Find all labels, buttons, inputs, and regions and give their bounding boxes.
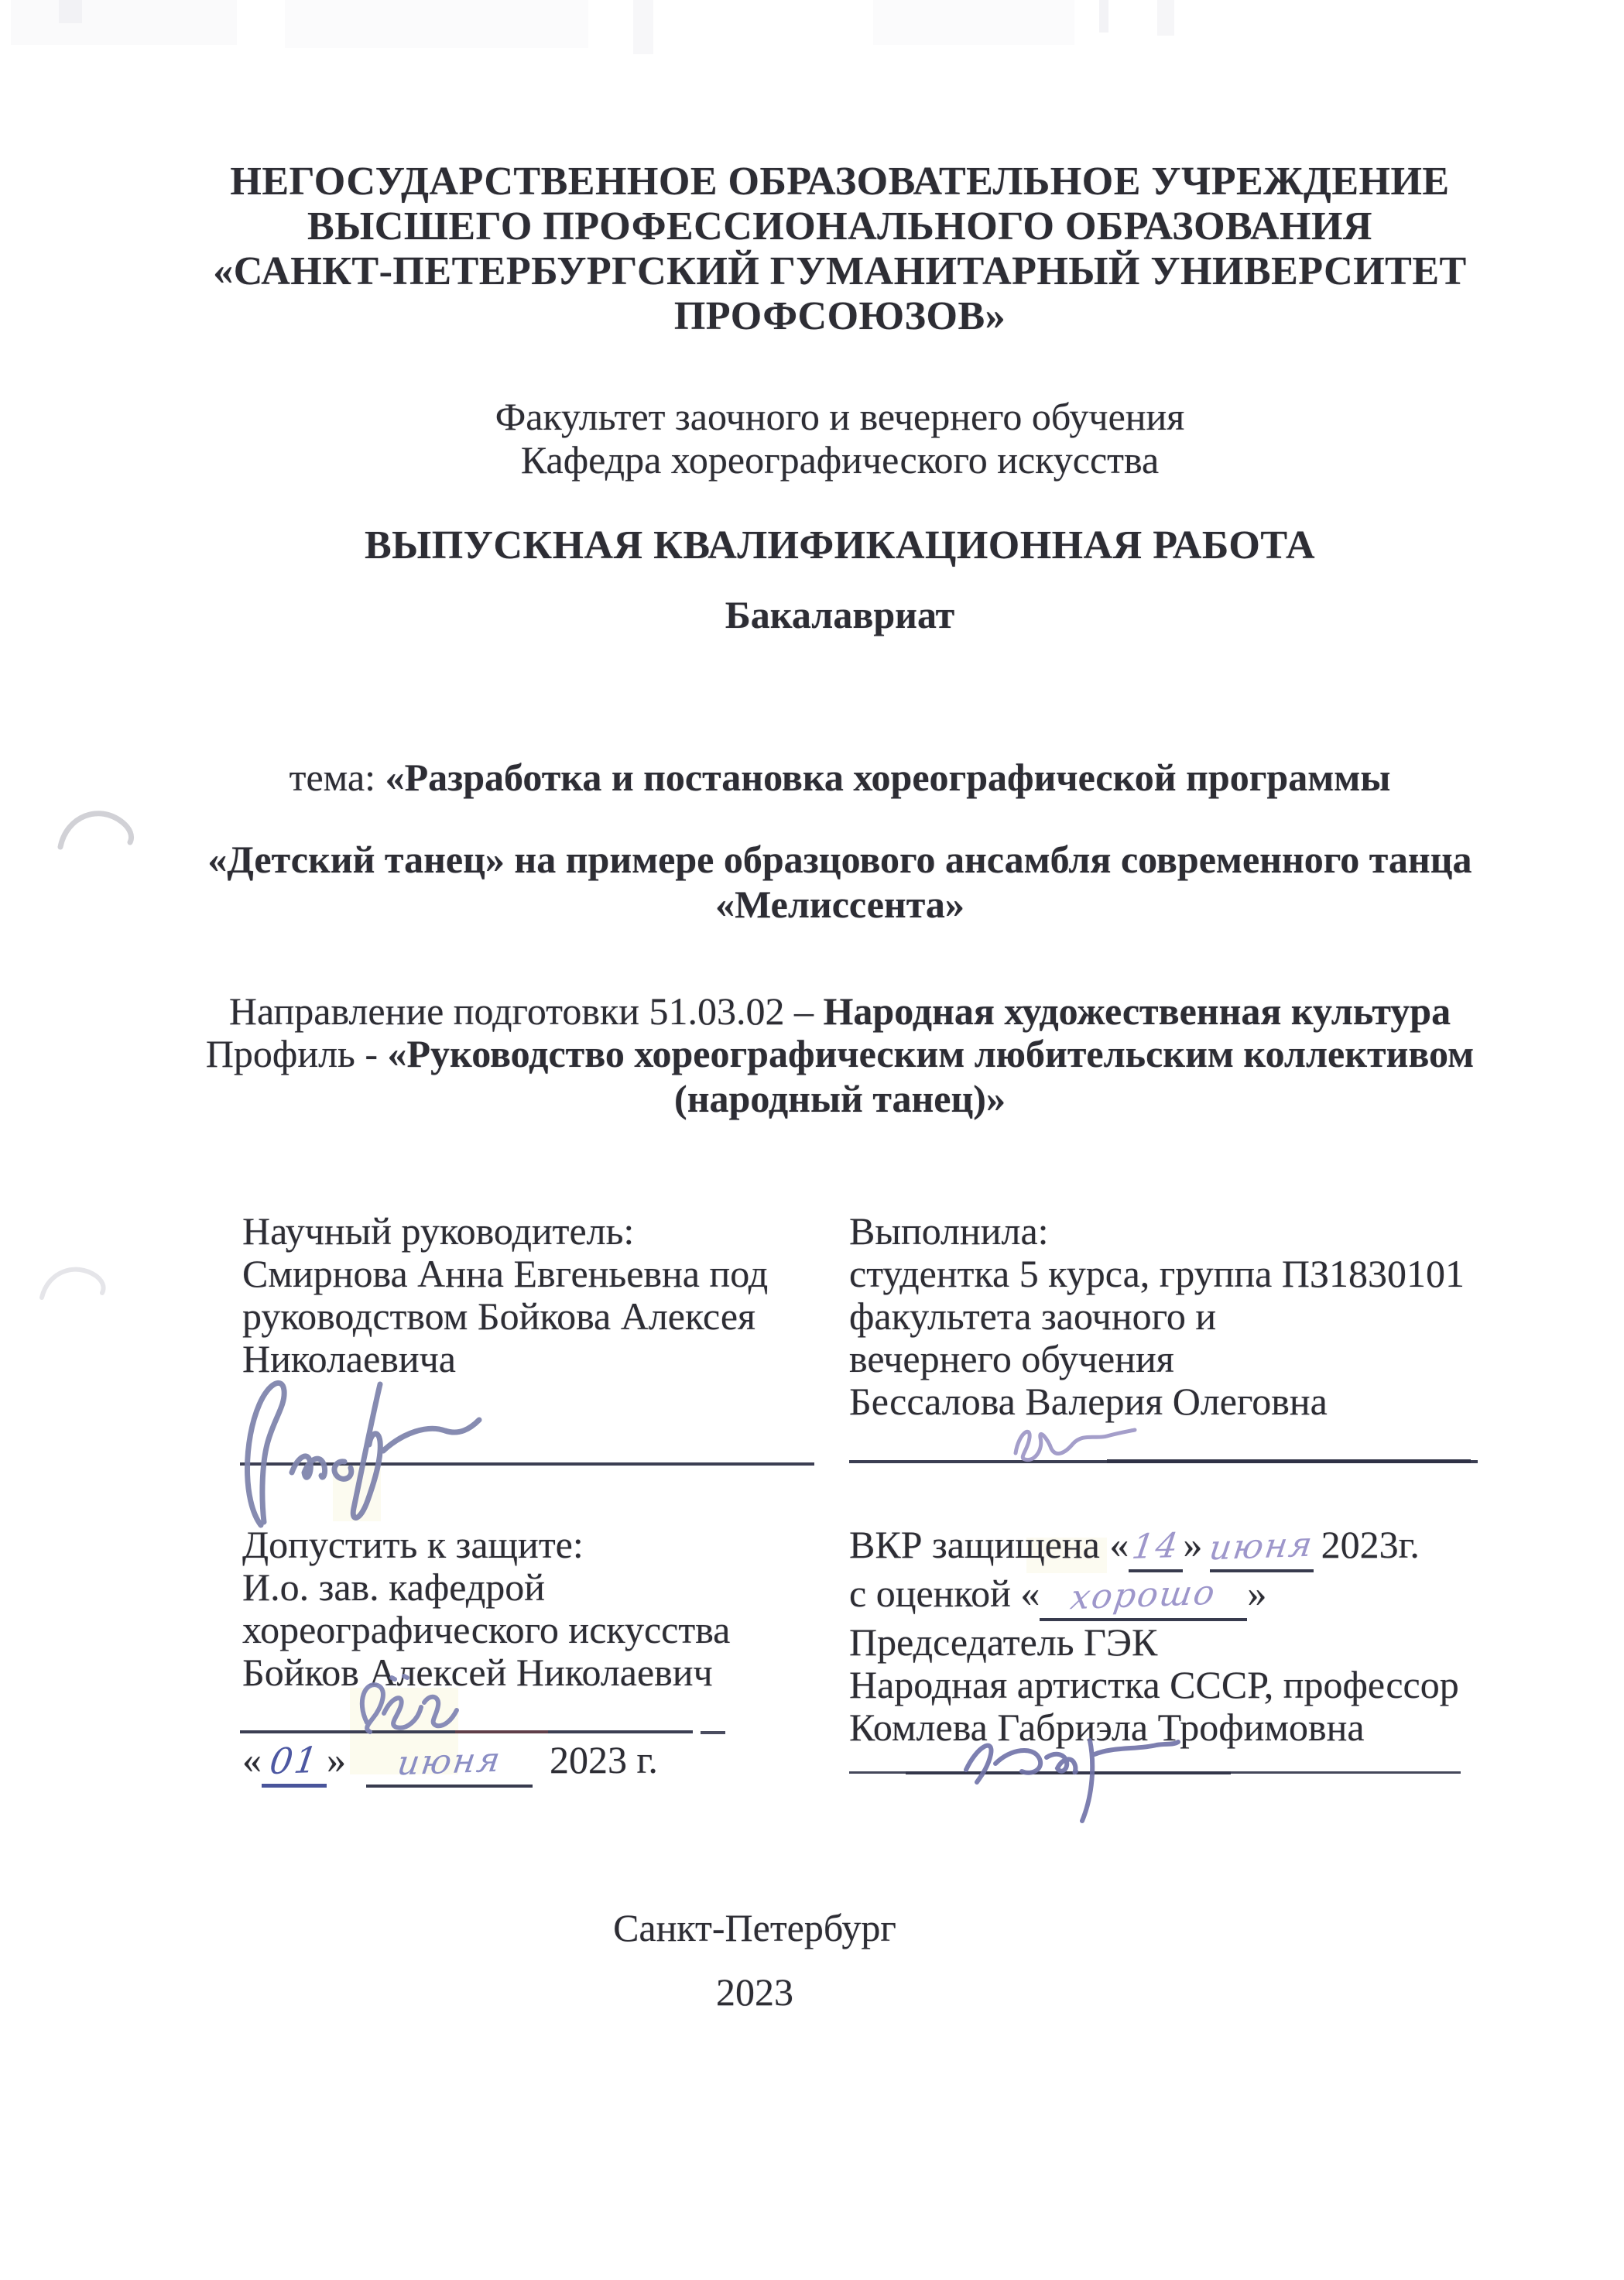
head-of-department-signature-line-dash: [701, 1731, 725, 1734]
grade-label: с оценкой «: [849, 1572, 1040, 1615]
faculty-line: Факультет заочного и вечернего обучения: [54, 395, 1624, 438]
department-line: Кафедра хореографического искусства: [54, 438, 1624, 482]
author-block: Выполнила: студентка 5 курса, группа ПЗ1…: [849, 1210, 1546, 1423]
admission-month-underline: июня: [366, 1739, 533, 1788]
city-line: Санкт-Петербург: [0, 1906, 1509, 1949]
admission-year: 2023 г.: [550, 1738, 658, 1781]
grade-underline: хорошо: [1040, 1572, 1247, 1621]
grade-quote-close: »: [1247, 1572, 1266, 1615]
scan-artifact: [59, 0, 82, 23]
university-line: ВЫСШЕГО ПРОФЕССИОНАЛЬНОГО ОБРАЗОВАНИЯ: [54, 204, 1624, 249]
admission-quote-open: «: [242, 1738, 262, 1781]
profile-line-2: (народный танец)»: [54, 1077, 1624, 1120]
defense-date-line: ВКР защищена «14»июня2023г.: [849, 1524, 1577, 1572]
student-signature: [1005, 1419, 1140, 1467]
profile-line-1: Профиль - «Руководство хореографическим …: [54, 1032, 1624, 1075]
admission-line: Допустить к защите:: [242, 1524, 846, 1566]
theme-line-3: «Мелиссента»: [54, 883, 1624, 926]
defense-year: 2023г.: [1321, 1523, 1420, 1566]
year-line: 2023: [0, 1970, 1509, 2014]
supervisor-block: Научный руководитель: Смирнова Анна Евге…: [242, 1210, 846, 1380]
defense-month-underline: июня: [1210, 1524, 1313, 1572]
author-name-line: Бессалова Валерия Олеговна: [849, 1380, 1546, 1423]
admission-day-handwritten: 01: [267, 1739, 322, 1783]
theme-line-2: «Детский танец» на примере образцового а…: [54, 838, 1624, 881]
scan-artifact: [1099, 0, 1108, 33]
scan-artifact: [11, 0, 237, 45]
theme-line-1: тема: «Разработка и постановка хореограф…: [54, 756, 1624, 799]
admission-month-handwritten: июня: [395, 1739, 505, 1785]
committee-chair-signature: [946, 1720, 1186, 1825]
author-line: студентка 5 курса, группа ПЗ1830101: [849, 1253, 1546, 1295]
profile-label: Профиль -: [206, 1032, 388, 1075]
defense-day-underline: 14: [1129, 1524, 1183, 1572]
author-signature-line-dark-segment: [1107, 1459, 1471, 1463]
work-type-title: ВЫПУСКНАЯ КВАЛИФИКАЦИОННАЯ РАБОТА: [54, 523, 1624, 568]
university-line: «САНКТ-ПЕТЕРБУРГСКИЙ ГУМАНИТАРНЫЙ УНИВЕР…: [54, 249, 1624, 294]
grade-line: с оценкой «хорошо»: [849, 1572, 1577, 1621]
author-line: вечернего обучения: [849, 1338, 1546, 1380]
scanned-thesis-title-page: НЕГОСУДАРСТВЕННОЕ ОБРАЗОВАТЕЛЬНОЕ УЧРЕЖД…: [0, 0, 1624, 2280]
scan-artifact: [633, 0, 653, 54]
degree-line: Бакалавриат: [54, 593, 1624, 636]
chair-rank: Народная артистка СССР, профессор: [849, 1664, 1577, 1706]
direction-value: Народная художественная культура: [824, 989, 1451, 1033]
defense-prefix: ВКР защищена «: [849, 1523, 1129, 1566]
admission-line: И.о. зав. кафедрой: [242, 1566, 846, 1609]
scan-artifact: [873, 0, 1074, 45]
head-of-department-signature: [347, 1668, 471, 1742]
supervisor-name-line: Смирнова Анна Евгеньевна под: [242, 1253, 846, 1295]
grade-handwritten: хорошо: [1068, 1572, 1219, 1619]
direction-line: Направление подготовки 51.03.02 – Народн…: [54, 989, 1624, 1033]
scan-artifact: [285, 0, 588, 48]
defense-day-handwritten: 14: [1129, 1524, 1182, 1569]
university-header: НЕГОСУДАРСТВЕННОЕ ОБРАЗОВАТЕЛЬНОЕ УЧРЕЖД…: [54, 159, 1624, 339]
university-line: НЕГОСУДАРСТВЕННОЕ ОБРАЗОВАТЕЛЬНОЕ УЧРЕЖД…: [54, 159, 1624, 204]
scan-artifact: [1157, 0, 1174, 36]
head-of-department-name: Бойков Алексей Николаевич: [242, 1651, 846, 1694]
author-line: факультета заочного и: [849, 1295, 1546, 1338]
defense-month-handwritten: июня: [1207, 1524, 1317, 1570]
profile-value: «Руководство хореографическим любительск…: [388, 1032, 1475, 1075]
theme-text: «Разработка и постановка хореографическо…: [385, 756, 1391, 799]
admission-quote-close: »: [327, 1738, 346, 1781]
university-line: ПРОФСОЮЗОВ»: [54, 294, 1624, 339]
admission-date-line: «01»июня2023 г.: [242, 1739, 658, 1788]
admission-line: хореографического искусства: [242, 1609, 846, 1651]
admission-day-underline: 01: [262, 1739, 327, 1788]
direction-label: Направление подготовки 51.03.02 –: [229, 989, 824, 1033]
admission-block: Допустить к защите: И.о. зав. кафедрой х…: [242, 1524, 846, 1694]
supervisor-name-line: руководством Бойкова Алексея: [242, 1295, 846, 1338]
chair-title: Председатель ГЭК: [849, 1621, 1577, 1664]
supervisor-title: Научный руководитель:: [242, 1210, 846, 1253]
defense-block: ВКР защищена «14»июня2023г. с оценкой «х…: [849, 1524, 1577, 1749]
theme-label: тема:: [290, 756, 385, 799]
author-title: Выполнила:: [849, 1210, 1546, 1253]
pencil-mark: [37, 1253, 111, 1307]
defense-quote-close: »: [1183, 1523, 1202, 1566]
supervisor-signature: [228, 1370, 484, 1529]
